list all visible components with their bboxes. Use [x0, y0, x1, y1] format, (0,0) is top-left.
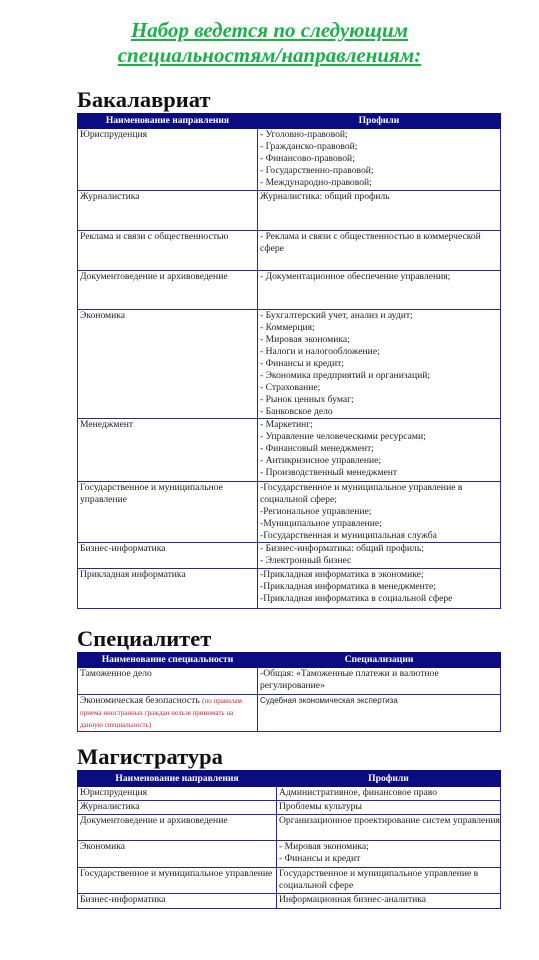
program-name-cell: Документоведение и архивоведение [78, 271, 258, 310]
table-row: Прикладная информатика-Прикладная информ… [78, 569, 501, 609]
bachelor-table: Наименование направления Профили Юриспру… [77, 113, 501, 609]
profile-item: - Страхование; [260, 382, 499, 394]
profile-item: - Производственный менеджмент [260, 467, 499, 479]
headline-line-1: Набор ведется по следующим [0, 18, 539, 43]
program-name-cell: Документоведение и архивоведение [78, 815, 277, 841]
column-header-name: Наименование специальности [78, 653, 258, 668]
program-name: Экономика [80, 310, 125, 321]
program-name: Документоведение и архивоведение [80, 815, 228, 826]
program-name: Юриспруденция [80, 787, 147, 798]
program-name: Журналистика [80, 191, 139, 202]
profiles-cell: - Мировая экономика;- Финансы и кредит [277, 841, 501, 868]
program-name: Бизнес-информатика [80, 543, 166, 554]
profiles-cell: Информационная бизнес-аналитика [277, 894, 501, 909]
profile-item: - Антикризисное управление; [260, 455, 499, 467]
profiles-cell: Судебная экономическая экспертиза [258, 695, 501, 732]
profile-item: - Электронный бизнес [260, 555, 499, 567]
program-name: Государственное и муниципальное управлен… [80, 868, 272, 879]
profile-item: Информационная бизнес-аналитика [279, 894, 499, 906]
program-name-cell: Государственное и муниципальное управлен… [78, 482, 258, 543]
profile-item: - Бизнес-информатика: общий профиль; [260, 543, 499, 555]
profiles-cell: -Общая: «Таможенные платежи и валютное р… [258, 668, 501, 695]
profiles-cell: -Государственное и муниципальное управле… [258, 482, 501, 543]
table-header-row: Наименование специальности Специализации [78, 653, 501, 668]
profiles-cell: Административное, финансовое право [277, 787, 501, 801]
profile-item: -Региональное управление; [260, 506, 499, 518]
profile-item: - Мировая экономика; [260, 334, 499, 346]
program-name-cell: Бизнес-информатика [78, 543, 258, 569]
bachelor-section-title: Бакалавриат [77, 88, 210, 112]
program-name-cell: Юриспруденция [78, 129, 258, 191]
profile-item: - Международно-правовой; [260, 177, 499, 189]
profile-item: - Бухгалтерский учет, анализ и аудит; [260, 310, 499, 322]
profile-item: - Финансы и кредит [279, 853, 499, 865]
profile-item: -Муниципальное управление; [260, 518, 499, 530]
program-name: Прикладная информатика [80, 569, 186, 580]
column-header-name: Наименование направления [78, 771, 277, 787]
profile-item: Журналистика: общий профиль [260, 191, 499, 203]
table-row: Юриспруденция- Уголовно-правовой;- Гражд… [78, 129, 501, 191]
profiles-cell: - Маркетинг;- Управление человеческими р… [258, 419, 501, 482]
master-section-title: Магистратура [77, 745, 223, 769]
profile-item: Государственное и муниципальное управлен… [279, 868, 499, 892]
column-header-name: Наименование направления [78, 114, 258, 129]
column-header-profiles: Профили [258, 114, 501, 129]
profiles-cell: - Документационное обеспечение управлени… [258, 271, 501, 310]
profile-item: - Финансово-правовой; [260, 153, 499, 165]
program-name-cell: Менеджмент [78, 419, 258, 482]
profile-item: -Государственная и муниципальная служба [260, 530, 499, 542]
profile-item: -Прикладная информатика в менеджменте; [260, 581, 499, 593]
table-row: Документоведение и архивоведение- Докуме… [78, 271, 501, 310]
program-name: Экономика [80, 841, 125, 852]
table-row: Государственное и муниципальное управлен… [78, 482, 501, 543]
profile-item: - Управление человеческими ресурсами; [260, 431, 499, 443]
profile-item: Административное, финансовое право [279, 787, 499, 799]
program-name-cell: Экономика [78, 841, 277, 868]
profile-item: - Финансовый менеджмент; [260, 443, 499, 455]
program-name-cell: Журналистика [78, 801, 277, 815]
program-name-cell: Экономическая безопасность (по правилам … [78, 695, 258, 732]
program-name: Документоведение и архивоведение [80, 271, 228, 282]
program-name: Бизнес-информатика [80, 894, 166, 905]
profiles-cell: - Уголовно-правовой;- Гражданско-правово… [258, 129, 501, 191]
table-row: Бизнес-информатикаИнформационная бизнес-… [78, 894, 501, 909]
table-header-row: Наименование направления Профили [78, 771, 501, 787]
profile-item: - Маркетинг; [260, 419, 499, 431]
table-row: Государственное и муниципальное управлен… [78, 868, 501, 894]
table-row: Экономика- Мировая экономика;- Финансы и… [78, 841, 501, 868]
profile-item: - Уголовно-правовой; [260, 129, 499, 141]
profile-item: - Документационное обеспечение управлени… [260, 271, 499, 283]
table-row: Таможенное дело-Общая: «Таможенные плате… [78, 668, 501, 695]
table-row: Менеджмент- Маркетинг;- Управление челов… [78, 419, 501, 482]
program-name: Журналистика [80, 801, 139, 812]
profile-item: Судебная экономическая экспертиза [260, 695, 499, 707]
profiles-cell: -Прикладная информатика в экономике;-При… [258, 569, 501, 609]
master-table: Наименование направления Профили Юриспру… [77, 770, 501, 909]
profiles-cell: Государственное и муниципальное управлен… [277, 868, 501, 894]
specialist-table: Наименование специальности Специализации… [77, 652, 501, 732]
program-name: Юриспруденция [80, 129, 147, 140]
program-name-cell: Юриспруденция [78, 787, 277, 801]
headline: Набор ведется по следующим специальностя… [0, 18, 539, 68]
table-row: Документоведение и архивоведениеОрганиза… [78, 815, 501, 841]
program-name: Реклама и связи с общественностью [80, 231, 228, 242]
profile-item: -Прикладная информатика в экономике; [260, 569, 499, 581]
profiles-cell: Проблемы культуры [277, 801, 501, 815]
profiles-cell: Журналистика: общий профиль [258, 191, 501, 231]
program-name-cell: Реклама и связи с общественностью [78, 231, 258, 271]
program-name-cell: Таможенное дело [78, 668, 258, 695]
specialist-section-title: Специалитет [77, 627, 211, 651]
program-name: Экономическая безопасность [80, 695, 200, 706]
program-name: Государственное и муниципальное управлен… [80, 482, 223, 505]
profiles-cell: - Бухгалтерский учет, анализ и аудит;- К… [258, 310, 501, 419]
program-name-cell: Государственное и муниципальное управлен… [78, 868, 277, 894]
column-header-specializations: Специализации [258, 653, 501, 668]
profile-item: - Реклама и связи с общественностью в ко… [260, 231, 499, 255]
profile-item: - Коммерция; [260, 322, 499, 334]
profile-item: -Общая: «Таможенные платежи и валютное р… [260, 668, 499, 692]
profile-item: - Рынок ценных бумаг; [260, 394, 499, 406]
table-row: Реклама и связи с общественностью- Рекла… [78, 231, 501, 271]
table-header-row: Наименование направления Профили [78, 114, 501, 129]
profiles-cell: - Бизнес-информатика: общий профиль;- Эл… [258, 543, 501, 569]
program-name: Менеджмент [80, 419, 133, 430]
profile-item: -Прикладная информатика в социальной сфе… [260, 593, 499, 605]
profile-item: - Гражданско-правовой; [260, 141, 499, 153]
program-name-cell: Бизнес-информатика [78, 894, 277, 909]
headline-line-2: специальностям/направлениям: [0, 43, 539, 68]
profile-item: - Налоги и налогообложение; [260, 346, 499, 358]
table-row: ЮриспруденцияАдминистративное, финансово… [78, 787, 501, 801]
program-name: Таможенное дело [80, 668, 152, 679]
program-name-cell: Журналистика [78, 191, 258, 231]
column-header-profiles: Профили [277, 771, 501, 787]
profile-item: Организационное проектирование систем уп… [279, 815, 499, 827]
profile-item: - Мировая экономика; [279, 841, 499, 853]
profiles-cell: - Реклама и связи с общественностью в ко… [258, 231, 501, 271]
table-row: ЖурналистикаПроблемы культуры [78, 801, 501, 815]
program-name-cell: Прикладная информатика [78, 569, 258, 609]
table-row: ЖурналистикаЖурналистика: общий профиль [78, 191, 501, 231]
profile-item: - Государственно-правовой; [260, 165, 499, 177]
profiles-cell: Организационное проектирование систем уп… [277, 815, 501, 841]
table-row: Бизнес-информатика- Бизнес-информатика: … [78, 543, 501, 569]
program-name-cell: Экономика [78, 310, 258, 419]
table-row: Экономическая безопасность (по правилам … [78, 695, 501, 732]
profile-item: -Государственное и муниципальное управле… [260, 482, 499, 506]
table-row: Экономика- Бухгалтерский учет, анализ и … [78, 310, 501, 419]
profile-item: Проблемы культуры [279, 801, 499, 813]
profile-item: - Финансы и кредит; [260, 358, 499, 370]
profile-item: - Банковское дело [260, 406, 499, 418]
profile-item: - Экономика предприятий и организаций; [260, 370, 499, 382]
